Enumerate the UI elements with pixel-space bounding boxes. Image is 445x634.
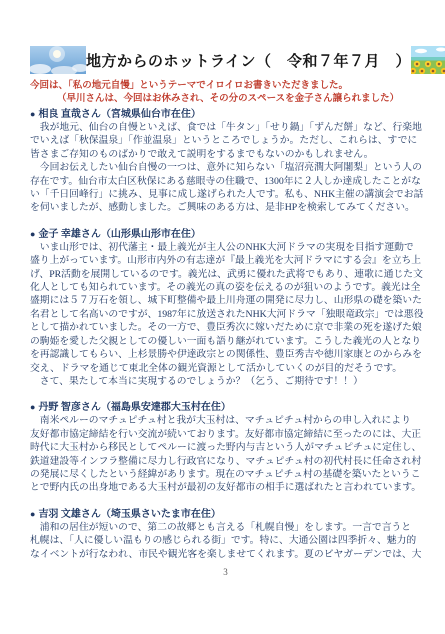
page-number: 3 <box>30 567 421 577</box>
text-line: 浦和の居住が短いので、第二の故郷とも言える「札幌自慢」をします。一言で言うと <box>30 521 421 534</box>
text-line: 盛り上がっています。山形市内外の有志達が『最上義光を大河ドラマにする会』を立ち上 <box>30 254 421 267</box>
text-line: の発展に尽くしたという経緯があります。現在のマチュピチュ村の基礎を築いたというこ <box>30 468 421 481</box>
letter-section-sagara: ●相良 直哉さん（宮城県仙台市在住） 我が地元、仙台の自慢といえば、食では「牛タ… <box>30 108 421 215</box>
letter-section-tanno: ●丹野 智彦さん（福島県安達郡大玉村在住） 南米ペルーのマチュピチュ村と我が大玉… <box>30 401 421 494</box>
text-line: を再認識してもらい、上杉景勝や伊達政宗との関係性、豊臣秀吉や徳川家康とのからみを <box>30 348 421 361</box>
text-line: 皆さまご存知のものばかりで敢えて説明をするまでもないのかもしれません。 <box>30 148 421 161</box>
sunflower-row-top <box>414 61 445 67</box>
text-line: 今回お伝えしたい仙台自慢の一つは、意外に知らない「塩沼亮潤大阿闍梨」という人の <box>30 161 421 174</box>
text-line: 友好都市協定締結を行い交流が続いております。友好都市協定締結に至ったのには、大正 <box>30 428 421 441</box>
text-line: 盛期には５７万石を領し、城下町整備や最上川舟運の開発に尽力し、山形県の礎を築いた <box>30 294 421 307</box>
text-line: なイベントが行なわれ、市民や観光客を楽しませてくれます。夏のビヤガーデンでは、大 <box>30 548 421 561</box>
section-heading: ●金子 幸雄さん（山形県山形市在住） <box>30 228 421 241</box>
section-heading-text: 丹野 智彦さん（福島県安達郡大玉村在住） <box>38 402 231 413</box>
text-line: 我が地元、仙台の自慢といえば、食では「牛タン」「せり鍋」「ずんだ餅」など、行楽地 <box>30 121 421 134</box>
text-line: げ、PR活動を展開しているのです。義光は、武勇に優れた武将でもあり、連歌に通じた… <box>30 268 421 281</box>
paragraph: 我が地元、仙台の自慢といえば、食では「牛タン」「せり鍋」「ずんだ餅」など、行楽地… <box>30 121 421 161</box>
paragraph: 浦和の居住が短いので、第二の故郷とも言える「札幌自慢」をします。一言で言うと 札… <box>30 521 421 561</box>
letter-section-kaneko: ●金子 幸雄さん（山形県山形市在住） いま山形では、初代藩主・最上義光が主人公の… <box>30 228 421 388</box>
text-line: い「千日回峰行」に挑み、見事に成し遂げられた人です。私も、NHK主催の講演会でお… <box>30 188 421 201</box>
paragraph: さて、果たして本当に実現するのでしょうか？（乞う、ご期待です！！） <box>30 375 421 388</box>
bullet-icon: ● <box>30 109 35 119</box>
text-line: 南米ペルーのマチュピチュ村と我が大玉村は、マチュピチュ村からの申し入れにより <box>30 414 421 427</box>
bullet-icon: ● <box>30 229 35 239</box>
page-header: 地方からのホットライン（ 令和７年７月 ） <box>30 46 421 74</box>
paragraph: 今回お伝えしたい仙台自慢の一つは、意外に知らない「塩沼亮潤大阿闍梨」という人の … <box>30 161 421 215</box>
sunflower-field-icon <box>411 46 445 74</box>
text-line: 存在です。仙台市太白区秋保にある慈眼寺の住職で、1300年に２人しか達成したこと… <box>30 175 421 188</box>
text-line: 交え、ドラマを通じて東北全体の観光資源として活かしていくのが目的だそうです。 <box>30 362 421 375</box>
section-heading: ●吉羽 文雄さん（埼玉県さいたま市在住） <box>30 508 421 521</box>
section-heading: ●丹野 智彦さん（福島県安達郡大玉村在住） <box>30 401 421 414</box>
text-line: の駒姫を愛した父親としての優しい一面も語り継がれています。こうした義光の人となり <box>30 335 421 348</box>
paragraph: 南米ペルーのマチュピチュ村と我が大玉村は、マチュピチュ村からの申し入れにより 友… <box>30 414 421 494</box>
text-line: さて、果たして本当に実現するのでしょうか？（乞う、ご期待です！！） <box>30 375 421 388</box>
paragraph: いま山形では、初代藩主・最上義光が主人公のNHK大河ドラマの実現を目指す運動で … <box>30 241 421 375</box>
section-heading: ●相良 直哉さん（宮城県仙台市在住） <box>30 108 421 121</box>
sun-sky-photo-icon <box>30 46 86 74</box>
bullet-icon: ● <box>30 402 35 412</box>
text-line: 札幌は、「人に優しい温もりの感じられる街」です。特に、大通公園は四季折々、魅力的 <box>30 534 421 547</box>
section-heading-text: 金子 幸雄さん（山形県山形市在住） <box>38 229 201 240</box>
letter-section-yoshiba: ●吉羽 文雄さん（埼玉県さいたま市在住） 浦和の居住が短いので、第二の故郷とも言… <box>30 508 421 561</box>
section-heading-text: 相良 直哉さん（宮城県仙台市在住） <box>38 109 201 120</box>
text-line: 名君として名高いのですが、1987年に放送されたNHK大河ドラマ「独眼竜政宗」で… <box>30 308 421 321</box>
page-title: 地方からのホットライン（ 令和７年７月 ） <box>86 50 411 71</box>
text-line: いま山形では、初代藩主・最上義光が主人公のNHK大河ドラマの実現を目指す運動で <box>30 241 421 254</box>
intro-note: 今回は、「私の地元自慢」というテーマでイロイロお書きいただきました。 （早川さん… <box>30 80 421 106</box>
text-line: として描かれていました。その一方で、豊臣秀次に嫁いだために京で非業の死を遂げた娘 <box>30 321 421 334</box>
text-line: 化人としても知られています。その義光の真の姿を伝えるのが狙いのようです。義光は全 <box>30 281 421 294</box>
text-line: とで野内氏の出身地である大玉村が最初の友好都市の相手に選ばれたと言われています。 <box>30 481 421 494</box>
text-line: 時代に大玉村から移民としてペルーに渡った野内与吉という人がマチュピチュに定住し、 <box>30 441 421 454</box>
text-line: でいえば「秋保温泉」「作並温泉」というところでしょうか。ただし、これらは、すでに <box>30 134 421 147</box>
section-heading-text: 吉羽 文雄さん（埼玉県さいたま市在住） <box>38 509 221 520</box>
text-line: を伺いましたが、感動しました。ご興味のある方は、是非HPを検索してみてください。 <box>30 201 421 214</box>
text-line: 鉄道建設等インフラ整備に尽力し行政官になり、マチュピチュ村の初代村長に任命され村 <box>30 455 421 468</box>
document-page: 地方からのホットライン（ 令和７年７月 ） <box>0 0 445 634</box>
intro-line-1: 今回は、「私の地元自慢」というテーマでイロイロお書きいただきました。 <box>30 80 421 93</box>
intro-line-2: （早川さんは、今回はお休みされ、その分のスペースを金子さん譲られました） <box>30 93 421 106</box>
bullet-icon: ● <box>30 509 35 519</box>
